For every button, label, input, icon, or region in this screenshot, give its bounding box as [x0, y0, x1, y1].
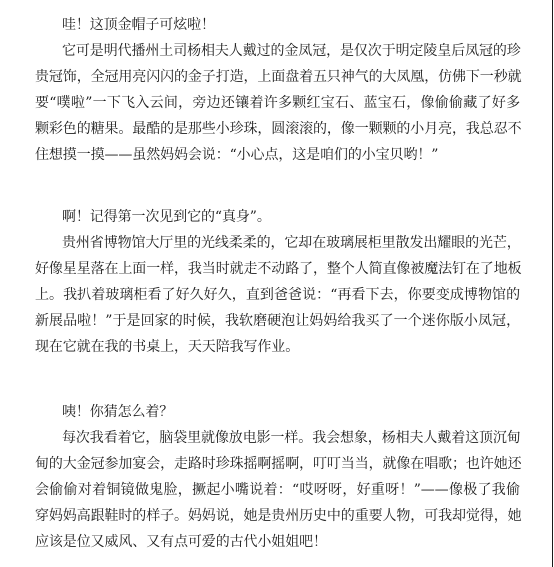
paragraph-line: 现在它就在我的书桌上，天天陪我写作业。 — [35, 334, 520, 360]
essay-section-golden-crown: 哇！这顶金帽子可炫啦！ 它可是明代播州土司杨相夫人戴过的金凤冠，是仅次于明定陵皇… — [35, 12, 520, 168]
paragraph-line: 甸的大金冠参加宴会，走路时珍珠摇啊摇啊，叮叮当当，就像在唱歌；也许她还 — [35, 451, 520, 477]
paragraph-line: 贵冠饰，全冠用亮闪闪的金子打造，上面盘着五只神气的大凤凰，仿佛下一秒就 — [35, 64, 520, 90]
paragraph-line: 上。我扒着玻璃柜看了好久好久，直到爸爸说：“再看下去，你要变成博物馆的 — [35, 282, 520, 308]
section-heading: 哇！这顶金帽子可炫啦！ — [35, 12, 520, 38]
page-edge-rule — [552, 0, 553, 567]
paragraph-line: 应该是位又威风、又有点可爱的古代小姐姐吧！ — [35, 529, 520, 555]
paragraph-line: 要“噗啦”一下飞入云间，旁边还镶着许多颗红宝石、蓝宝石，像偷偷藏了好多 — [35, 90, 520, 116]
section-heading: 咦！你猜怎么着？ — [35, 399, 520, 425]
section-heading: 啊！记得第一次见到它的“真身”。 — [35, 204, 520, 230]
essay-section-first-sight: 啊！记得第一次见到它的“真身”。 贵州省博物馆大厅里的光线柔柔的，它却在玻璃展柜… — [35, 204, 520, 360]
paragraph-line: 颗彩色的糖果。最酷的是那些小珍珠，圆滚滚的，像一颗颗的小月亮，我总忍不 — [35, 116, 520, 142]
paragraph-line: 贵州省博物馆大厅里的光线柔柔的，它却在玻璃展柜里散发出耀眼的光芒， — [35, 230, 520, 256]
essay-section-imagination: 咦！你猜怎么着？ 每次我看着它，脑袋里就像放电影一样。我会想象，杨相夫人戴着这顶… — [35, 399, 520, 555]
paragraph-line: 每次我看着它，脑袋里就像放电影一样。我会想象，杨相夫人戴着这顶沉甸 — [35, 425, 520, 451]
paragraph-line: 新展品啦！”于是回家的时候，我软磨硬泡让妈妈给我买了一个迷你版小凤冠， — [35, 308, 520, 334]
paragraph-line: 好像星星落在上面一样，我当时就走不动路了，整个人简直像被魔法钉在了地板 — [35, 256, 520, 282]
paragraph-line: 穿妈妈高跟鞋时的样子。妈妈说，她是贵州历史中的重要人物，可我却觉得，她 — [35, 503, 520, 529]
paragraph-line: 会偷偷对着铜镜做鬼脸，撅起小嘴说着：“哎呀呀，好重呀！”——像极了我偷 — [35, 477, 520, 503]
paragraph-line: 它可是明代播州土司杨相夫人戴过的金凤冠，是仅次于明定陵皇后凤冠的珍 — [35, 38, 520, 64]
paragraph-line: 住想摸一摸——虽然妈妈会说：“小心点，这是咱们的小宝贝哟！” — [35, 142, 520, 168]
